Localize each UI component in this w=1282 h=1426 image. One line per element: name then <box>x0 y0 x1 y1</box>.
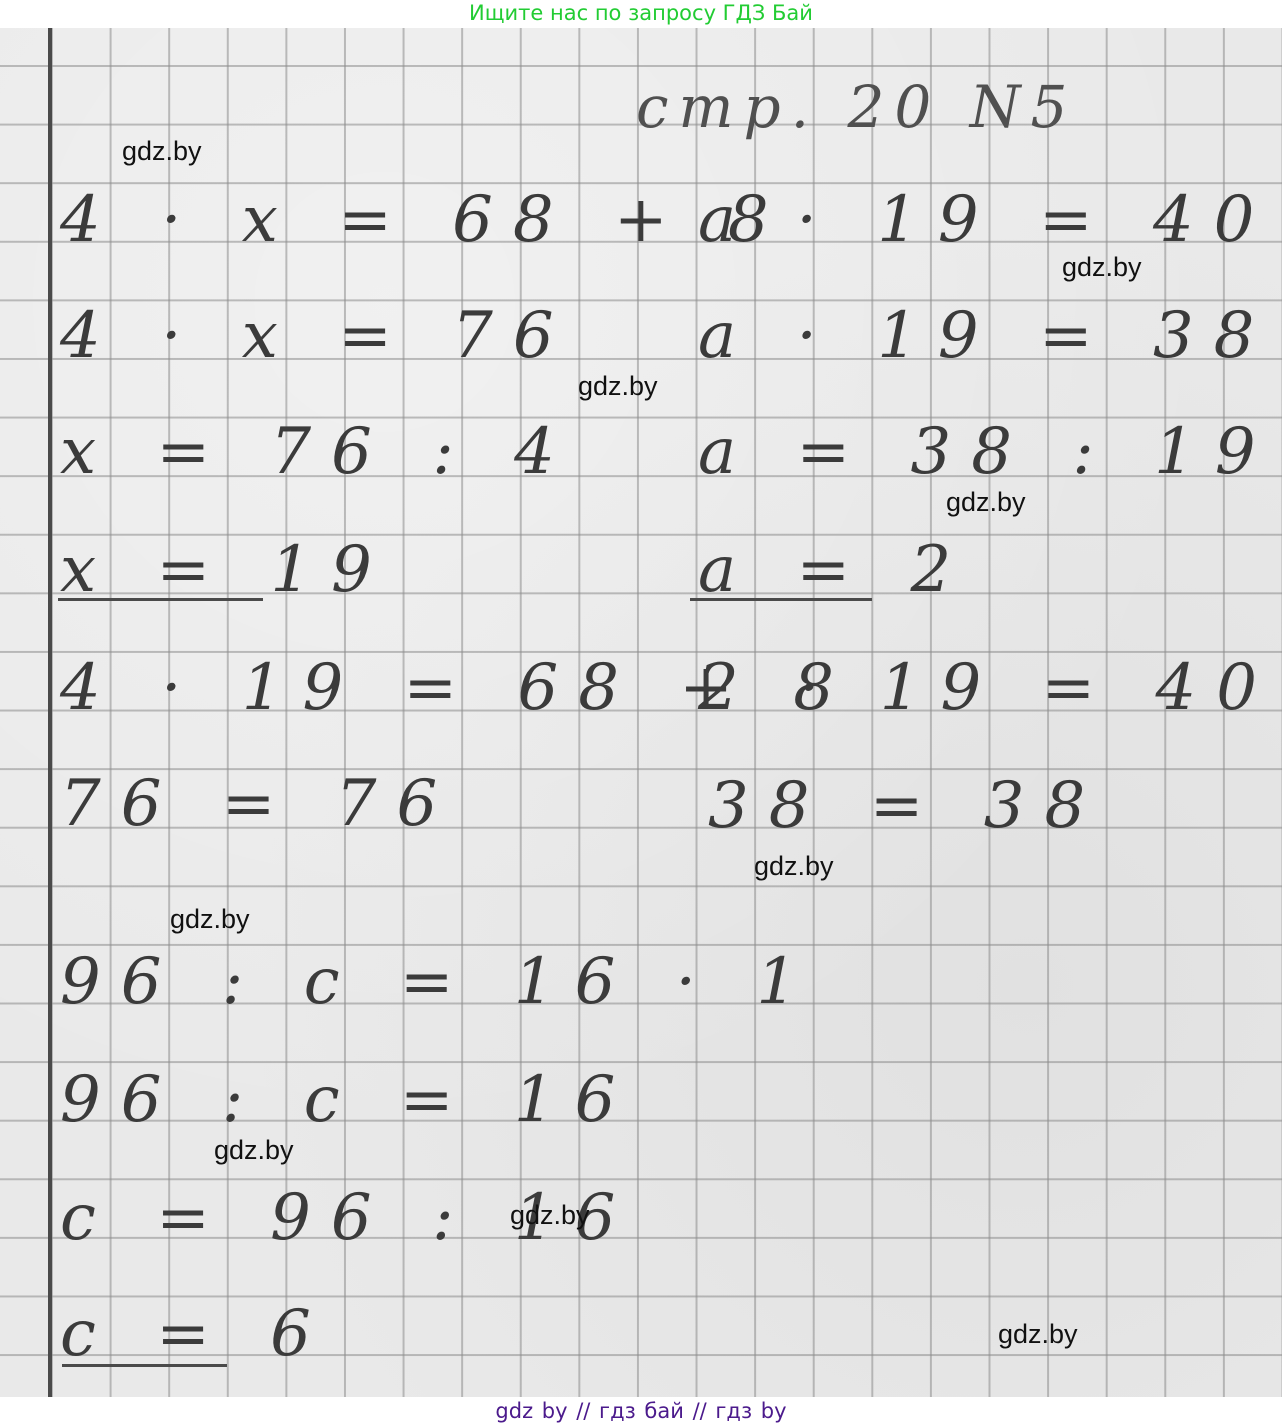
watermark: gdz.by <box>946 489 1026 516</box>
left-equation-1: 4 · x = 68 + 8 <box>60 188 789 252</box>
watermark: gdz.by <box>998 1321 1078 1348</box>
answer-underline-c <box>62 1364 227 1367</box>
left-equation-5: 96 : c = 16 <box>60 1068 635 1132</box>
left-equation-4: 96 : c = 16 · 1 <box>60 950 817 1014</box>
notebook-margin-line <box>48 28 52 1397</box>
left-answer-x: x = 19 <box>60 538 392 602</box>
exercise-title: стр. 20 N5 <box>636 78 1077 136</box>
right-check-2: 38 = 38 <box>708 774 1105 838</box>
watermark: gdz.by <box>214 1137 294 1164</box>
watermark: gdz.by <box>578 373 658 400</box>
search-hint-banner: Ищите нас по запросу ГДЗ Бай <box>0 0 1282 28</box>
right-equation-2: a · 19 = 38 <box>698 304 1274 368</box>
watermark: gdz.by <box>1062 254 1142 281</box>
right-equation-1: a · 19 = 40 − 2 <box>698 188 1282 252</box>
footer-banner: gdz by // гдз бай // гдз by <box>0 1397 1282 1426</box>
answer-underline-x <box>58 598 263 601</box>
watermark: gdz.by <box>170 906 250 933</box>
watermark: gdz.by <box>510 1202 590 1229</box>
right-check-1: 2 · 19 = 40 − 2 <box>698 656 1282 720</box>
watermark: gdz.by <box>122 138 202 165</box>
watermark: gdz.by <box>754 853 834 880</box>
answer-underline-a <box>690 598 872 601</box>
left-answer-c: c = 6 <box>60 1302 331 1366</box>
right-answer-a: a = 2 <box>698 538 971 602</box>
left-check-2: 76 = 76 <box>60 772 457 836</box>
left-equation-2: 4 · x = 76 <box>60 304 574 368</box>
left-equation-3: x = 76 : 4 <box>60 420 575 484</box>
right-equation-3: a = 38 : 19 <box>698 420 1276 484</box>
